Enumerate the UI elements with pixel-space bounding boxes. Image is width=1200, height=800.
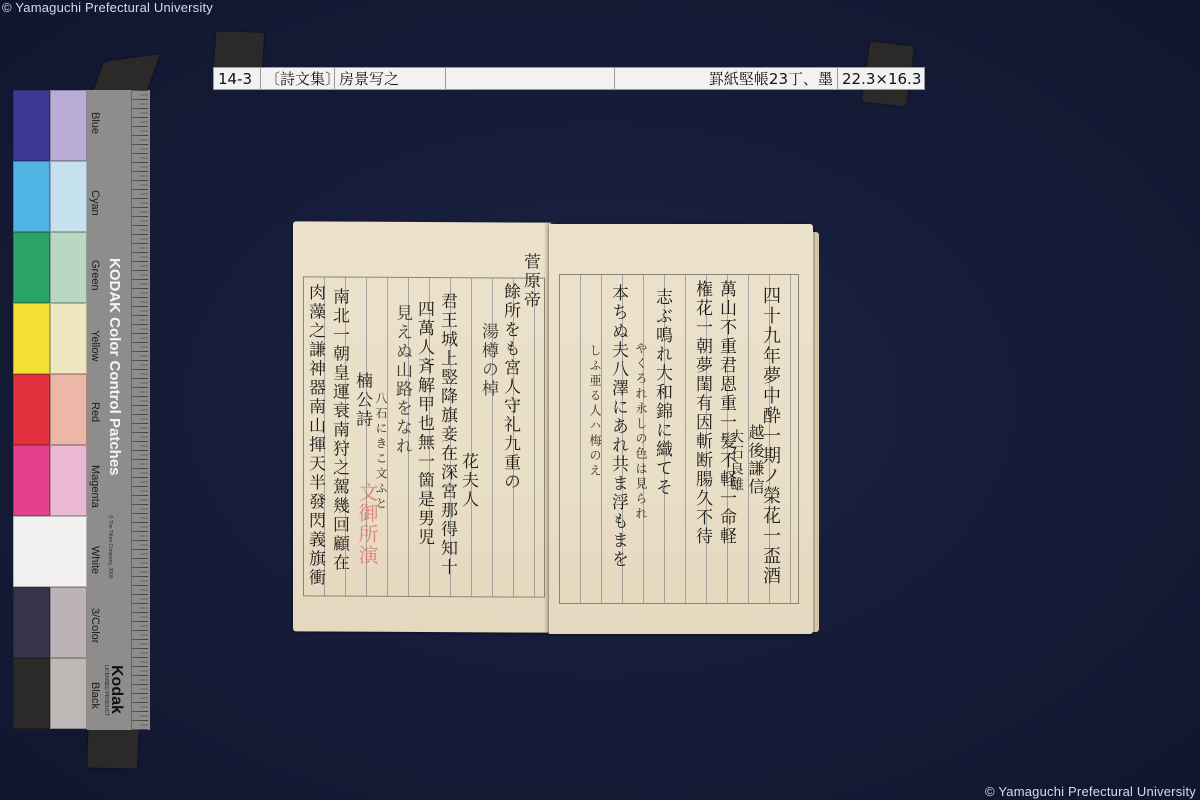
patch-white xyxy=(13,516,87,587)
text-column: 志ぶ鳴れ大和錦に織てそ xyxy=(653,288,670,497)
ruler: Blue Cyan Green Yellow Red Magenta White… xyxy=(87,90,150,730)
text-column: 見えぬ山路をなれ xyxy=(393,304,410,456)
catalog-author: 房景写之 xyxy=(335,68,446,89)
patch-magenta xyxy=(13,445,87,516)
text-column: 本ちぬ夫八澤にあれ共ま浮もまを xyxy=(609,284,626,569)
patch-label-3color: 3/Color xyxy=(89,608,101,643)
patch-label-red: Red xyxy=(89,402,101,422)
patch-cyan xyxy=(13,161,87,232)
patch-black xyxy=(13,658,87,729)
text-column: 餘所をも宮人守礼九重の xyxy=(501,282,518,491)
text-column: やくろれ永しの色は見られ xyxy=(635,342,647,522)
catalog-blank xyxy=(446,68,615,89)
kodak-copyright: © The Tiffen Company, 2000 xyxy=(107,515,113,578)
patch-label-white: White xyxy=(89,546,101,574)
red-seal-stamp: 文御所演 xyxy=(353,482,382,566)
text-column: 権花一朝夢閨有因斬断腸久不待 xyxy=(693,280,710,546)
kodak-chart-title: KODAK Color Control Patches xyxy=(106,258,123,476)
right-page: 四十九年夢中酔一期ノ榮花一盃酒 越後謙信 萬山不重君恩重一髪不軽一命軽 大石良雄… xyxy=(549,224,813,634)
patch-3color xyxy=(13,587,87,658)
patch-red xyxy=(13,374,87,445)
copyright-top: © Yamaguchi Prefectural University xyxy=(2,0,213,15)
text-column: 萬山不重君恩重一髪不軽一命軽 xyxy=(717,280,734,546)
text-column: 肉藻之謙神器南山揮天半發閃義旗衝 xyxy=(306,283,323,587)
patch-label-blue: Blue xyxy=(89,112,101,134)
text-column: 菅原帝 xyxy=(521,253,538,310)
text-column: 南北一朝皇運衰南狩之駕幾回顧在 xyxy=(330,288,347,573)
left-page: 菅原帝 餘所をも宮人守礼九重の 湯樽の棹 花夫人 君王城上竪降旗妾在深宮那得知十… xyxy=(293,221,551,632)
catalog-dimensions: 22.3×16.3 xyxy=(838,68,924,89)
text-column: 楠公詩 xyxy=(353,372,370,429)
tape-label-left xyxy=(214,31,265,71)
text-column: 四萬人斉解甲也無一箇是男児 xyxy=(415,300,432,547)
catalog-format: 罫紙堅帳23丁、墨 xyxy=(615,68,838,89)
text-column: 花夫人 xyxy=(459,452,476,509)
kodak-logo: Kodak xyxy=(107,665,125,714)
text-column: 大石良雄 xyxy=(729,429,743,493)
manuscript-book: 菅原帝 餘所をも宮人守礼九重の 湯樽の棹 花夫人 君王城上竪降旗妾在深宮那得知十… xyxy=(293,222,823,637)
text-column: 湯樽の棹 xyxy=(479,322,496,398)
patch-label-yellow: Yellow xyxy=(89,330,101,361)
patch-label-magenta: Magenta xyxy=(89,465,101,508)
kodak-license: LICENSED PRODUCT xyxy=(103,665,109,716)
patch-label-cyan: Cyan xyxy=(89,190,101,216)
text-column: 君王城上竪降旗妾在深宮那得知十 xyxy=(438,292,455,577)
text-column: 越後謙信 xyxy=(747,424,763,496)
patch-blue xyxy=(13,90,87,161)
color-patches xyxy=(13,90,87,730)
patch-label-black: Black xyxy=(89,682,101,709)
patch-green xyxy=(13,232,87,303)
catalog-label: 14-3 〔詩文集〕 房景写之 罫紙堅帳23丁、墨 22.3×16.3 xyxy=(213,67,925,90)
kodak-color-chart: Blue Cyan Green Yellow Red Magenta White… xyxy=(13,90,150,730)
catalog-title: 〔詩文集〕 xyxy=(261,68,335,89)
patch-label-green: Green xyxy=(89,260,101,291)
patch-yellow xyxy=(13,303,87,374)
catalog-number: 14-3 xyxy=(214,68,261,89)
copyright-bottom: © Yamaguchi Prefectural University xyxy=(985,784,1196,799)
text-column: しふ亜る人ハ梅のえ xyxy=(589,344,601,479)
